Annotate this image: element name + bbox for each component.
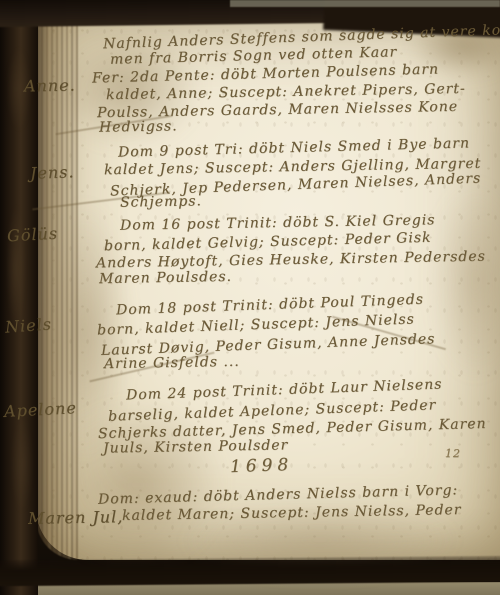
entry-margin-name: Anne.	[24, 76, 76, 96]
script-line: Schjemps.	[120, 194, 202, 209]
script-line: Hedvigss.	[99, 119, 178, 134]
entry-margin-name: Apelone	[4, 398, 78, 421]
script-line: Maren Poulsdes.	[99, 270, 232, 286]
book-binding-bottom	[0, 556, 500, 586]
page-edge-stack	[36, 14, 78, 560]
photo-background-strip	[230, 0, 500, 7]
page-corner-mark: 12	[445, 447, 461, 460]
year-mark: 1698	[230, 455, 294, 477]
script-line: Juuls, Kirsten Poulsder	[103, 438, 289, 455]
entry-margin-name: Maren Jul,	[28, 507, 124, 528]
entry-margin-name: Niels	[4, 314, 52, 336]
entry-margin-name: Gölüs	[7, 224, 59, 246]
entry-margin-name: Jens.	[30, 162, 75, 183]
script-line: Arine Gisfelds ...	[104, 355, 240, 371]
manuscript-photo: Nafnlig Anders Steffens som sagde sig at…	[0, 0, 500, 595]
